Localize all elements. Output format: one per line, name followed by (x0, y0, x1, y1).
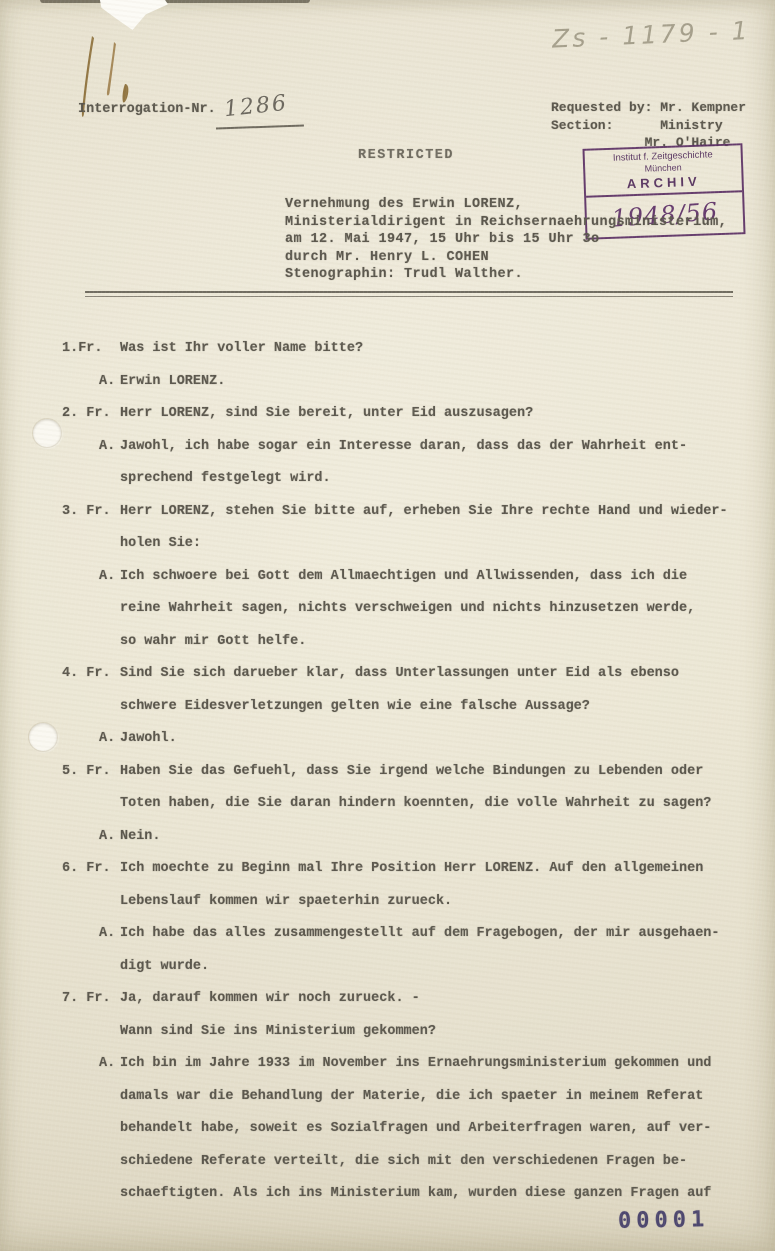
interrogation-number-handwritten: 1286 (223, 91, 289, 123)
qa-marker: A. (99, 431, 115, 464)
qa-marker: A. (99, 918, 115, 951)
qa-text: Erwin LORENZ. (120, 366, 775, 399)
pencil-archive-reference: Zs - 1179 - 1 (551, 15, 762, 53)
qa-text: Herr LORENZ, sind Sie bereit, unter Eid … (120, 398, 775, 431)
qa-marker: 7. Fr. (62, 983, 111, 1016)
interrogation-number-label: Interrogation-Nr. (78, 102, 216, 117)
qa-item: A. Jawohl. (0, 723, 775, 756)
qa-item: 7. Fr. Ja, darauf kommen wir noch zuruec… (0, 983, 775, 1048)
qa-marker: 3. Fr. (62, 496, 111, 529)
qa-item: 6. Fr. Ich moechte zu Beginn mal Ihre Po… (0, 853, 775, 918)
qa-marker: 6. Fr. (62, 853, 111, 886)
qa-item: A. Ich habe das alles zusammengestellt a… (0, 918, 775, 983)
qa-text: Haben Sie das Gefuehl, dass Sie irgend w… (120, 756, 775, 821)
interrogation-number-underline (216, 124, 304, 129)
interrogation-header: Vernehmung des Erwin LORENZ, Ministerial… (285, 196, 727, 284)
qa-marker: A. (99, 821, 115, 854)
qa-marker: 5. Fr. (62, 756, 111, 789)
qa-text: Ich moechte zu Beginn mal Ihre Position … (120, 853, 775, 918)
stamped-page-number: 00001 (618, 1207, 710, 1234)
qa-text: Sind Sie sich darueber klar, dass Unterl… (120, 658, 775, 723)
qa-text: Jawohl, ich habe sogar ein Interesse dar… (120, 431, 775, 496)
punch-hole-top (33, 419, 61, 447)
qa-text: Was ist Ihr voller Name bitte? (120, 333, 775, 366)
qa-marker: 2. Fr. (62, 398, 111, 431)
archive-stamp-header: Institut f. Zeitgeschichte München ARCHI… (585, 145, 743, 197)
scan-edge (40, 0, 310, 3)
qa-item: A. Ich bin im Jahre 1933 im November ins… (0, 1048, 775, 1211)
qa-item: 4. Fr. Sind Sie sich darueber klar, dass… (0, 658, 775, 723)
qa-item: 1.Fr. Was ist Ihr voller Name bitte? (0, 333, 775, 366)
qa-marker: A. (99, 1048, 115, 1081)
qa-marker: 4. Fr. (62, 658, 111, 691)
qa-text: Ich habe das alles zusammengestellt auf … (120, 918, 775, 983)
qa-marker: A. (99, 366, 115, 399)
qa-item: A. Jawohl, ich habe sogar ein Interesse … (0, 431, 775, 496)
header-divider-rule (85, 291, 733, 297)
qa-text: Ja, darauf kommen wir noch zurueck. - Wa… (120, 983, 775, 1048)
punch-hole-bottom (29, 723, 57, 751)
qa-text: Nein. (120, 821, 775, 854)
qa-item: A. Nein. (0, 821, 775, 854)
qa-item: A. Ich schwoere bei Gott dem Allmaechtig… (0, 561, 775, 659)
scanned-document-page: Zs - 1179 - 1 Interrogation-Nr. 1286 Req… (0, 0, 775, 1251)
qa-text: Ich schwoere bei Gott dem Allmaechtigen … (120, 561, 775, 659)
qa-item: 2. Fr. Herr LORENZ, sind Sie bereit, unt… (0, 398, 775, 431)
qa-marker: A. (99, 723, 115, 756)
qa-item: 3. Fr. Herr LORENZ, stehen Sie bitte auf… (0, 496, 775, 561)
qa-transcript: 1.Fr. Was ist Ihr voller Name bitte? A. … (0, 333, 775, 1211)
qa-marker: A. (99, 561, 115, 594)
classification-marking: RESTRICTED (358, 148, 454, 163)
qa-item: A. Erwin LORENZ. (0, 366, 775, 399)
qa-item: 5. Fr. Haben Sie das Gefuehl, dass Sie i… (0, 756, 775, 821)
qa-text: Herr LORENZ, stehen Sie bitte auf, erheb… (120, 496, 775, 561)
qa-marker: 1.Fr. (62, 333, 103, 366)
qa-text: Ich bin im Jahre 1933 im November ins Er… (120, 1048, 775, 1211)
qa-text: Jawohl. (120, 723, 775, 756)
